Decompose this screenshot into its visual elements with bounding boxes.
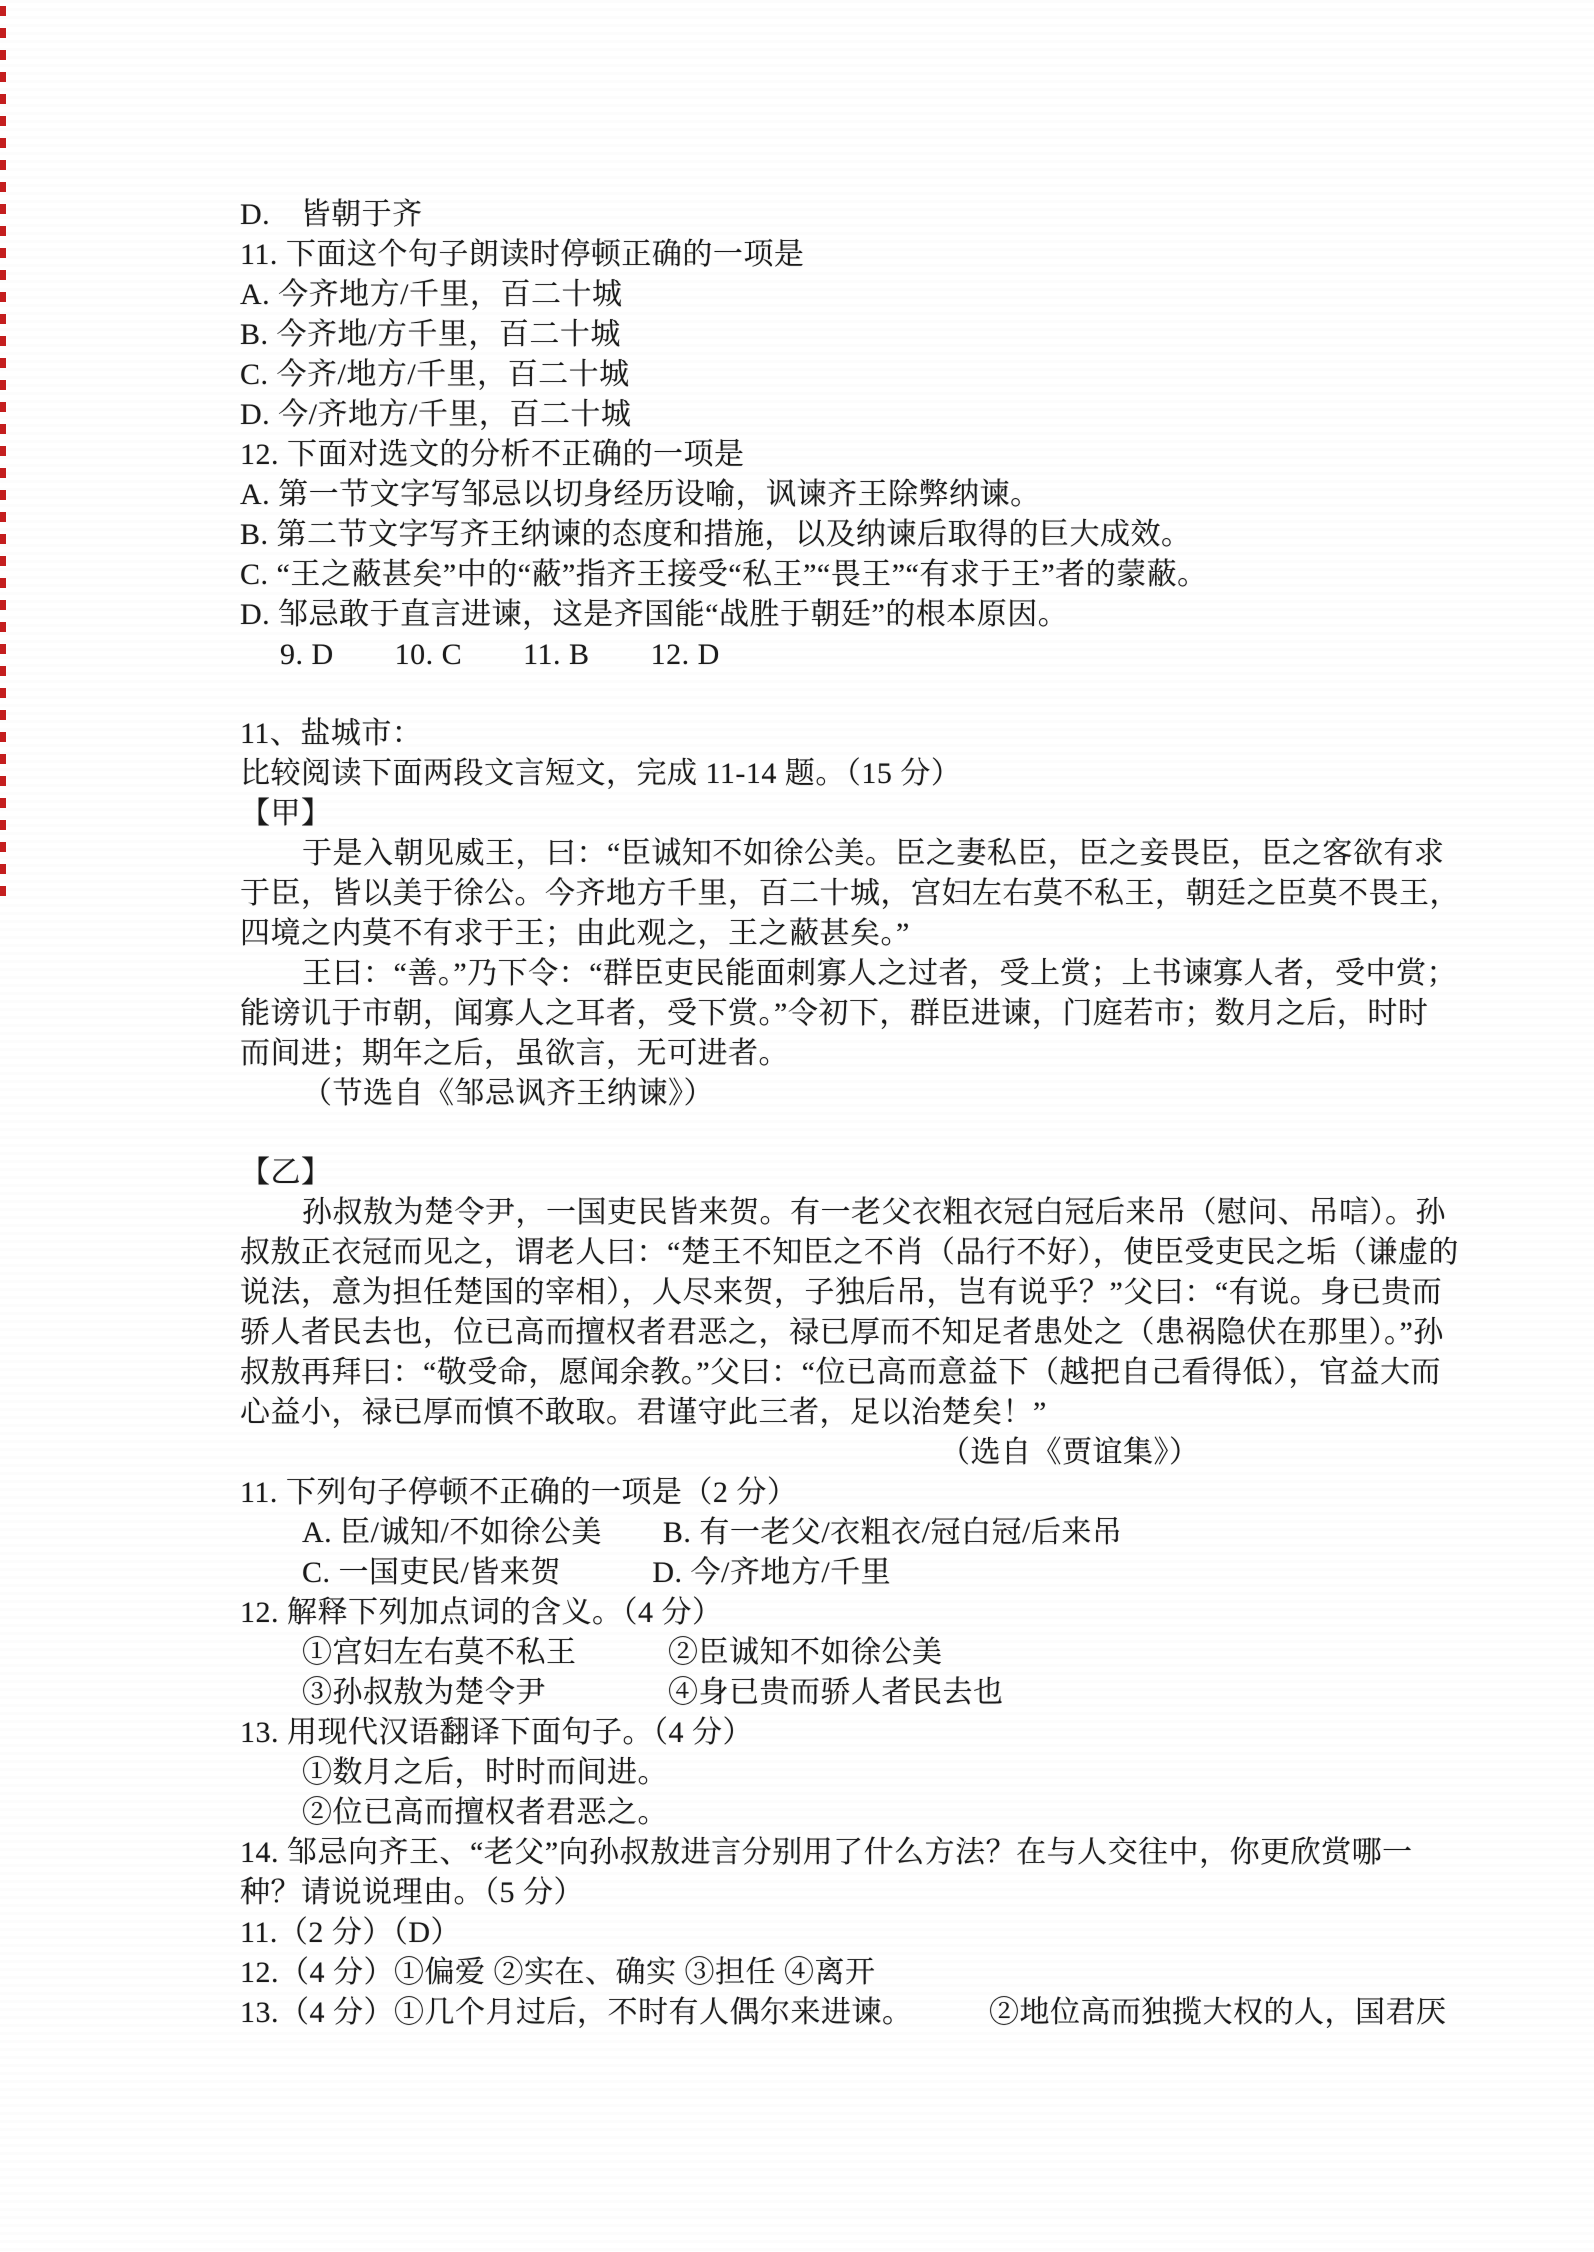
passage-line: 叔敖正衣冠而见之，谓老人曰：“楚王不知臣之不肖（品行不好），使臣受吏民之垢（谦虚…	[240, 1233, 1464, 1273]
passage-line: 骄人者民去也，位已高而擅权者君恶之，禄已厚而不知足者患处之（患祸隐伏在那里）。”…	[240, 1313, 1464, 1353]
option-line: C. 一国吏民/皆来贺 D. 今/齐地方/千里	[240, 1553, 1464, 1593]
passage-source: （节选自《邹忌讽齐王纳谏》）	[240, 1074, 1464, 1114]
option-line: B. 今齐地/方千里，百二十城	[240, 315, 1464, 355]
passage-line: 于臣，皆以美于徐公。今齐地方千里，百二十城，宫妇左右莫不私王，朝廷之臣莫不畏王，	[240, 874, 1464, 914]
option-line: D. 邹忌敢于直言进谏，这是齐国能“战胜于朝廷”的根本原因。	[240, 595, 1464, 635]
option-line: A. 臣/诚知/不如徐公美 B. 有一老父/衣粗衣/冠白冠/后来吊	[240, 1513, 1464, 1553]
document-page: D. 皆朝于齐 11. 下面这个句子朗读时停顿正确的一项是 A. 今齐地方/千里…	[0, 0, 1594, 2252]
answer-key-line: 9. D 10. C 11. B 12. D	[240, 635, 1464, 675]
answer-line: 13.（4 分）①几个月过后，不时有人偶尔来进谏。 ②地位高而独揽大权的人，国君…	[240, 1993, 1464, 2033]
option-line: D. 皆朝于齐	[240, 195, 1464, 235]
passage-line: 四境之内莫不有求于王；由此观之，王之蔽甚矣。”	[240, 914, 1464, 954]
sub-item-line: ②位已高而擅权者君恶之。	[240, 1793, 1464, 1833]
sub-item-line: ③孙叔敖为楚令尹 ④身已贵而骄人者民去也	[240, 1673, 1464, 1713]
question-line: 13. 用现代汉语翻译下面句子。（4 分）	[240, 1713, 1464, 1753]
instruction-line: 比较阅读下面两段文言短文，完成 11-14 题。（15 分）	[240, 754, 1464, 794]
option-line: A. 第一节文字写邹忌以切身经历设喻，讽谏齐王除弊纳谏。	[240, 475, 1464, 515]
passage-line: 孙叔敖为楚令尹，一国吏民皆来贺。有一老父衣粗衣冠白冠后来吊（慰问、吊唁）。孙	[240, 1193, 1464, 1233]
passage-line: 说法，意为担任楚国的宰相），人尽来贺，子独后吊，岂有说乎？”父曰：“有说。身已贵…	[240, 1273, 1464, 1313]
option-line: B. 第二节文字写齐王纳谏的态度和措施，以及纳谏后取得的巨大成效。	[240, 515, 1464, 555]
passage-line: 心益小，禄已厚而慎不敢取。君谨守此三者，足以治楚矣！”	[240, 1393, 1464, 1433]
passage-label-jia: 【甲】	[240, 794, 1464, 834]
passage-source: （选自《贾谊集》）	[240, 1433, 1464, 1473]
question-line: 11. 下列句子停顿不正确的一项是（2 分）	[240, 1473, 1464, 1513]
document-body: D. 皆朝于齐 11. 下面这个句子朗读时停顿正确的一项是 A. 今齐地方/千里…	[240, 195, 1464, 2033]
passage-line: 叔敖再拜曰：“敬受命，愿闻余教。”父曰：“位已高而意益下（越把自己看得低），官益…	[240, 1353, 1464, 1393]
question-line: 14. 邹忌向齐王、“老父”向孙叔敖进言分别用了什么方法？在与人交往中，你更欣赏…	[240, 1833, 1464, 1873]
passage-line: 能谤讥于市朝，闻寡人之耳者，受下赏。”令初下，群臣进谏，门庭若市；数月之后，时时	[240, 994, 1464, 1034]
option-line: C. 今齐/地方/千里，百二十城	[240, 355, 1464, 395]
question-line: 11. 下面这个句子朗读时停顿正确的一项是	[240, 235, 1464, 275]
section-title: 11、盐城市：	[240, 714, 1464, 754]
question-line: 12. 下面对选文的分析不正确的一项是	[240, 435, 1464, 475]
answer-line: 11.（2 分）（D）	[240, 1913, 1464, 1953]
passage-label-yi: 【乙】	[240, 1153, 1464, 1193]
passage-line: 王曰：“善。”乃下令：“群臣吏民能面刺寡人之过者，受上赏；上书谏寡人者，受中赏；	[240, 954, 1464, 994]
answer-line: 12.（4 分）①偏爱 ②实在、确实 ③担任 ④离开	[240, 1953, 1464, 1993]
option-line: A. 今齐地方/千里，百二十城	[240, 275, 1464, 315]
option-line: D. 今/齐地方/千里，百二十城	[240, 395, 1464, 435]
question-line: 12. 解释下列加点词的含义。（4 分）	[240, 1593, 1464, 1633]
passage-line: 于是入朝见威王，曰：“臣诚知不如徐公美。臣之妻私臣，臣之妾畏臣，臣之客欲有求	[240, 834, 1464, 874]
question-line: 种？请说说理由。（5 分）	[240, 1873, 1464, 1913]
sub-item-line: ①宫妇左右莫不私王 ②臣诚知不如徐公美	[240, 1633, 1464, 1673]
passage-line: 而间进；期年之后，虽欲言，无可进者。	[240, 1034, 1464, 1074]
scan-edge-marks	[0, 6, 6, 906]
option-line: C. “王之蔽甚矣”中的“蔽”指齐王接受“私王”“畏王”“有求于王”者的蒙蔽。	[240, 555, 1464, 595]
sub-item-line: ①数月之后，时时而间进。	[240, 1753, 1464, 1793]
